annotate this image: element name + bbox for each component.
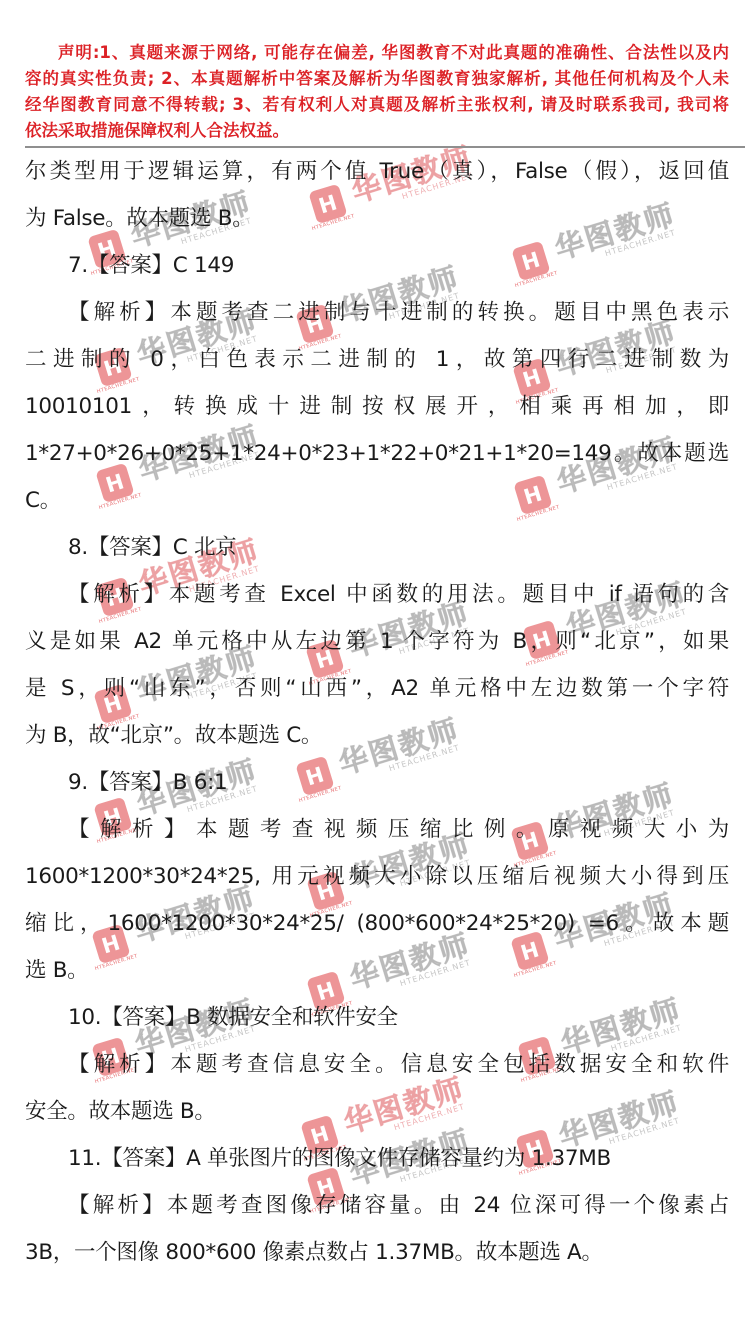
body-line: 9.【答案】B 6:1: [25, 759, 729, 806]
disclaimer-line: 依法采取措施保障权利人合法权益。: [25, 118, 729, 144]
disclaimer-line: 声明:1、真题来源于网络, 可能存在偏差, 华图教育不对此真题的准确性、合法性以…: [25, 40, 729, 66]
body-line: 【解析】本题考查信息安全。信息安全包括数据安全和软件: [25, 1041, 729, 1088]
body-line: 1600*1200*30*24*25, 用元视频大小除以压缩后视频大小得到压: [25, 853, 729, 900]
body-line: 二进制的 0，白色表示二进制的 1，故第四行二进制数为: [25, 336, 729, 383]
body-line: 10.【答案】B 数据安全和软件安全: [25, 994, 729, 1041]
section-divider: [25, 146, 745, 148]
disclaimer-block: 声明:1、真题来源于网络, 可能存在偏差, 华图教育不对此真题的准确性、合法性以…: [25, 40, 729, 144]
body-line: 3B，一个图像 800*600 像素点数占 1.37MB。故本题选 A。: [25, 1229, 729, 1276]
body-line: 选 B。: [25, 947, 729, 994]
body-line: 【解析】本题考查 Excel 中函数的用法。题目中 if 语句的含: [25, 571, 729, 618]
body-line: 【解析】本题考查视频压缩比例。原视频大小为: [25, 806, 729, 853]
disclaimer-line: 经华图教育同意不得转载; 3、若有权利人对真题及解析主张权利, 请及时联系我司,…: [25, 92, 729, 118]
answer-analysis-text: 尔类型用于逻辑运算，有两个值 True（真），False（假），返回值为 Fal…: [25, 148, 729, 1276]
body-line: 10010101，转换成十进制按权展开，相乘再相加，即: [25, 383, 729, 430]
body-line: 11.【答案】A 单张图片的图像文件存储容量约为 1.37MB: [25, 1135, 729, 1182]
body-line: 为 False。故本题选 B。: [25, 195, 729, 242]
body-line: 为 B，故“北京”。故本题选 C。: [25, 712, 729, 759]
body-line: 义是如果 A2 单元格中从左边第 1 个字符为 B，则“北京”，如果: [25, 618, 729, 665]
body-line: 安全。故本题选 B。: [25, 1088, 729, 1135]
document-page: HHTEACHER.NET华图教师HTEACHER.NETHHTEACHER.N…: [0, 0, 748, 1335]
body-line: 尔类型用于逻辑运算，有两个值 True（真），False（假），返回值: [25, 148, 729, 195]
body-line: 缩比，1600*1200*30*24*25/ (800*600*24*25*20…: [25, 900, 729, 947]
body-line: 【解析】本题考查图像存储容量。由 24 位深可得一个像素占: [25, 1182, 729, 1229]
disclaimer-line: 容的真实性负责; 2、本真题解析中答案及解析为华图教育独家解析, 其他任何机构及…: [25, 66, 729, 92]
body-line: 【解析】本题考查二进制与十进制的转换。题目中黑色表示: [25, 289, 729, 336]
body-line: 1*27+0*26+0*25+1*24+0*23+1*22+0*21+1*20=…: [25, 430, 729, 477]
body-line: C。: [25, 477, 729, 524]
body-line: 8.【答案】C 北京: [25, 524, 729, 571]
body-line: 是 S，则“山东”，否则“山西”，A2 单元格中左边数第一个字符: [25, 665, 729, 712]
body-line: 7.【答案】C 149: [25, 242, 729, 289]
